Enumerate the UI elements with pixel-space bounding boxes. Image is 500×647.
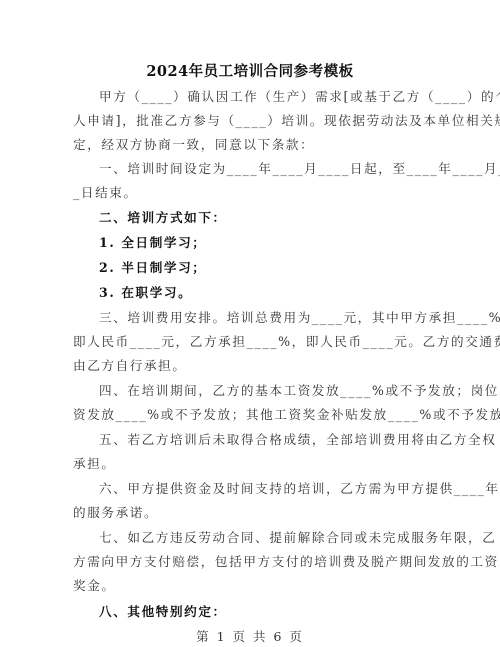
- clause-2-heading: 二、培训方式如下：: [99, 207, 459, 226]
- clause-5-line: 五、若乙方培训后未取得合格成绩，全部培训费用将由乙方全权: [99, 429, 459, 448]
- clause-3-line: 三、培训费用安排。培训总费用为____元，其中甲方承担____%，: [99, 307, 459, 326]
- paragraph-line: 承担。: [73, 453, 433, 472]
- list-item: 2. 半日制学习；: [99, 257, 459, 276]
- paragraph-line: 奖金。: [73, 575, 433, 594]
- clause-7-line: 七、如乙方违反劳动合同、提前解除合同或未完成服务年限，乙: [99, 527, 459, 546]
- clause-8-heading: 八、其他特别约定：: [99, 601, 459, 620]
- paragraph-line: 由乙方自行承担。: [73, 355, 433, 374]
- paragraph-line: 即人民币____元，乙方承担____%，即人民币____元。乙方的交通费用: [73, 331, 433, 350]
- paragraph-line: 人申请]，批准乙方参与（____）培训。现依据劳动法及本单位相关规: [73, 110, 433, 129]
- paragraph-line: 资发放____%或不予发放；其他工资奖金补贴发放____%或不予发放。: [73, 404, 433, 423]
- paragraph-line: 的服务承诺。: [73, 502, 433, 521]
- paragraph-line: _日结束。: [73, 182, 433, 201]
- list-item: 1. 全日制学习；: [99, 232, 459, 251]
- clause-4-line: 四、在培训期间，乙方的基本工资发放____%或不予发放；岗位工: [99, 380, 459, 399]
- document-title: 2024年员工培训合同参考模板: [0, 60, 500, 81]
- clause-6-line: 六、甲方提供资金及时间支持的培训，乙方需为甲方提供____年: [99, 478, 459, 497]
- paragraph-line: 方需向甲方支付赔偿，包括甲方支付的培训费及脱产期间发放的工资: [73, 551, 433, 570]
- page-number: 第 1 页 共 6 页: [0, 627, 500, 645]
- paragraph-line: 定，经双方协商一致，同意以下条款：: [73, 134, 433, 153]
- document-page: 2024年员工培训合同参考模板 甲方（____）确认因工作（生产）需求[或基于乙…: [0, 0, 500, 647]
- clause-1-line: 一、培训时间设定为____年____月____日起，至____年____月___: [99, 158, 459, 177]
- paragraph-line: 甲方（____）确认因工作（生产）需求[或基于乙方（____）的个: [99, 86, 459, 105]
- list-item: 3. 在职学习。: [99, 282, 459, 301]
